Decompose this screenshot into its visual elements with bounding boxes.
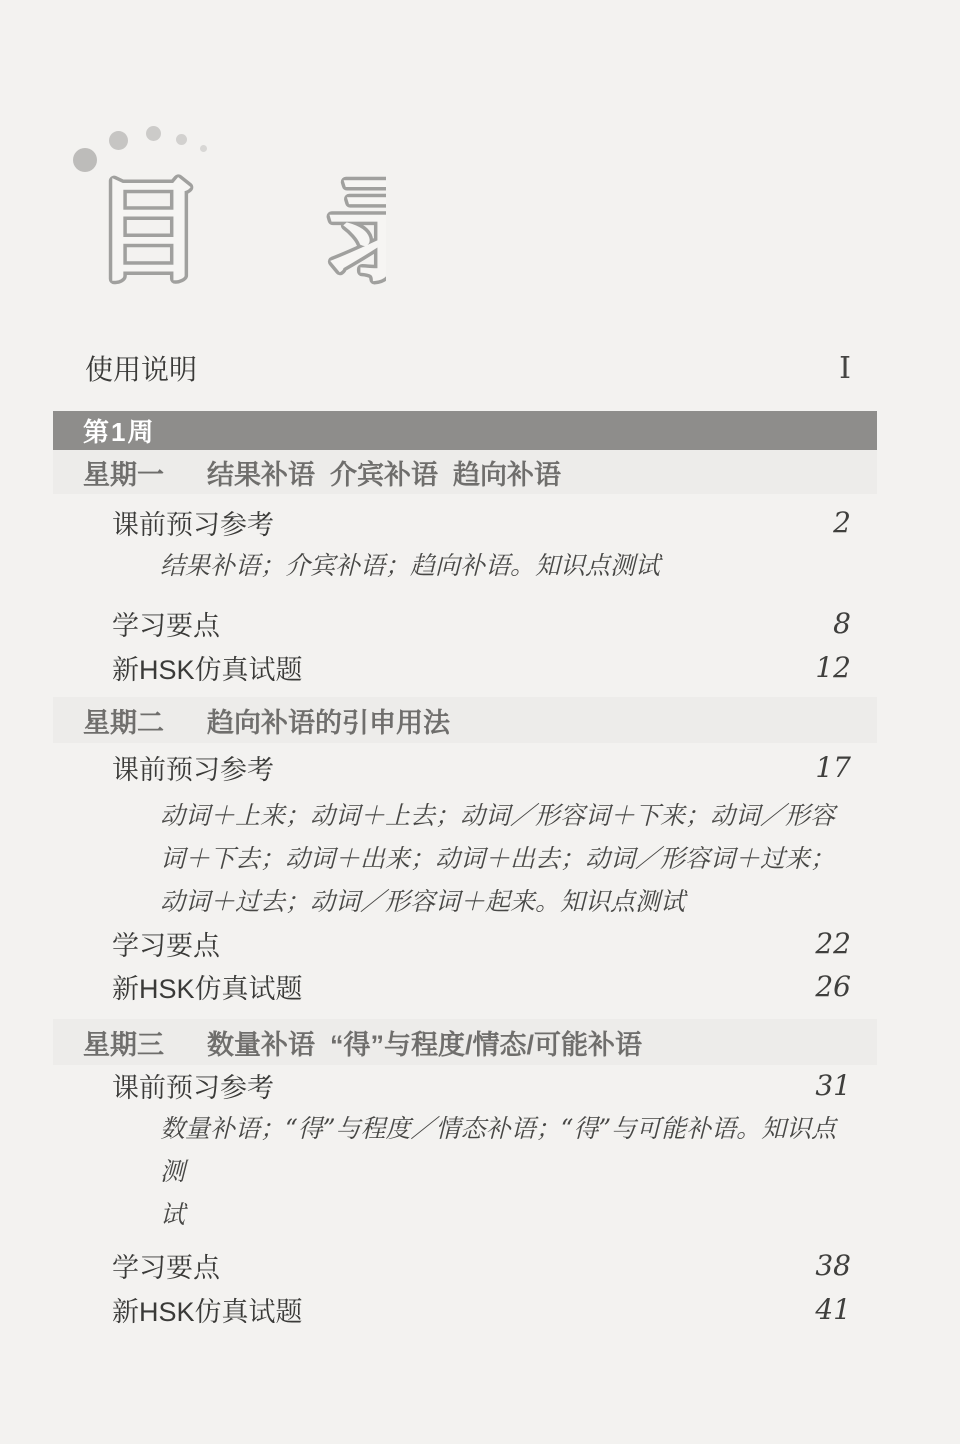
decorative-dot	[146, 126, 161, 141]
day-bar-monday: 星期一 结果补语 介宾补语 趋向补语	[53, 450, 877, 494]
usage-page-number: I	[839, 351, 851, 386]
section-monday: 星期一 结果补语 介宾补语 趋向补语 课前预习参考 2 结果补语；介宾补语；趋向…	[53, 450, 877, 687]
day-topic: 数量补语 “得”与程度/情态/可能补语	[207, 1023, 642, 1062]
toc-row-usage: 使用说明 I	[53, 348, 877, 388]
toc-entry: 学习要点 8	[53, 603, 877, 643]
note-line: 试	[160, 1193, 837, 1236]
entry-note: 动词＋上来；动词＋上去；动词／形容词＋下来；动词／形容 词＋下去；动词＋出来；动…	[53, 794, 877, 923]
decorative-dot	[176, 134, 187, 145]
toc-entry: 课前预习参考 2	[53, 502, 877, 542]
entry-page-number: 26	[815, 970, 851, 1003]
toc-page: 目 录 使用说明 I 第1周 星期一 结果补语 介宾补语 趋向补语 课前预习参考…	[0, 0, 960, 1444]
day-name: 星期二	[83, 701, 207, 740]
entry-note: 数量补语；“得”与程度／情态补语；“得”与可能补语。知识点测 试	[53, 1107, 877, 1236]
page-title-text: 目 录	[92, 169, 386, 294]
entry-label: 新HSK仿真试题	[112, 648, 303, 687]
note-line: 数量补语；“得”与程度／情态补语；“得”与可能补语。知识点测	[160, 1107, 837, 1193]
bubble-title-art: 目 录	[86, 152, 386, 302]
entry-page-number: 38	[815, 1249, 851, 1282]
entry-label: 课前预习参考	[112, 748, 274, 787]
entry-page-number: 12	[815, 651, 851, 684]
toc-entry: 学习要点 38	[53, 1245, 877, 1285]
toc-list: 使用说明 I 第1周 星期一 结果补语 介宾补语 趋向补语 课前预习参考 2 结…	[53, 348, 877, 1329]
toc-entry: 新HSK仿真试题 26	[53, 966, 877, 1006]
decorative-dot	[200, 145, 207, 152]
day-bar-tuesday: 星期二 趋向补语的引申用法	[53, 697, 877, 743]
entry-note: 结果补语；介宾补语；趋向补语。知识点测试	[53, 544, 877, 587]
entry-label: 学习要点	[112, 1246, 220, 1285]
note-line: 动词＋过去；动词／形容词＋起来。知识点测试	[160, 880, 837, 923]
toc-entry: 课前预习参考 31	[53, 1065, 877, 1105]
decorative-dot	[109, 131, 128, 150]
note-line: 结果补语；介宾补语；趋向补语。知识点测试	[160, 544, 837, 587]
entry-label: 学习要点	[112, 924, 220, 963]
day-name: 星期三	[83, 1023, 207, 1062]
toc-entry: 新HSK仿真试题 12	[53, 647, 877, 687]
day-topic: 结果补语 介宾补语 趋向补语	[207, 453, 561, 492]
toc-entry: 学习要点 22	[53, 923, 877, 963]
entry-page-number: 17	[815, 751, 851, 784]
toc-entry: 新HSK仿真试题 41	[53, 1289, 877, 1329]
entry-page-number: 8	[833, 607, 851, 640]
week-1-header: 第1周	[53, 411, 877, 450]
entry-page-number: 31	[815, 1069, 851, 1102]
entry-page-number: 41	[815, 1293, 851, 1326]
entry-label: 新HSK仿真试题	[112, 1290, 303, 1329]
week-1-label: 第1周	[83, 412, 155, 449]
toc-entry: 课前预习参考 17	[53, 747, 877, 787]
entry-label: 课前预习参考	[112, 503, 274, 542]
note-line: 词＋下去；动词＋出来；动词＋出去；动词／形容词＋过来；	[160, 837, 837, 880]
entry-label: 新HSK仿真试题	[112, 967, 303, 1006]
note-line: 动词＋上来；动词＋上去；动词／形容词＋下来；动词／形容	[160, 794, 837, 837]
entry-label: 课前预习参考	[112, 1066, 274, 1105]
entry-page-number: 22	[815, 927, 851, 960]
day-topic: 趋向补语的引申用法	[207, 701, 450, 740]
entry-page-number: 2	[833, 506, 851, 539]
entry-label: 学习要点	[112, 604, 220, 643]
section-tuesday: 星期二 趋向补语的引申用法 课前预习参考 17 动词＋上来；动词＋上去；动词／形…	[53, 697, 877, 1006]
day-bar-wednesday: 星期三 数量补语 “得”与程度/情态/可能补语	[53, 1019, 877, 1065]
page-title: 目 录	[86, 152, 386, 307]
usage-label: 使用说明	[85, 348, 197, 388]
day-name: 星期一	[83, 453, 207, 492]
section-wednesday: 星期三 数量补语 “得”与程度/情态/可能补语 课前预习参考 31 数量补语；“…	[53, 1019, 877, 1329]
